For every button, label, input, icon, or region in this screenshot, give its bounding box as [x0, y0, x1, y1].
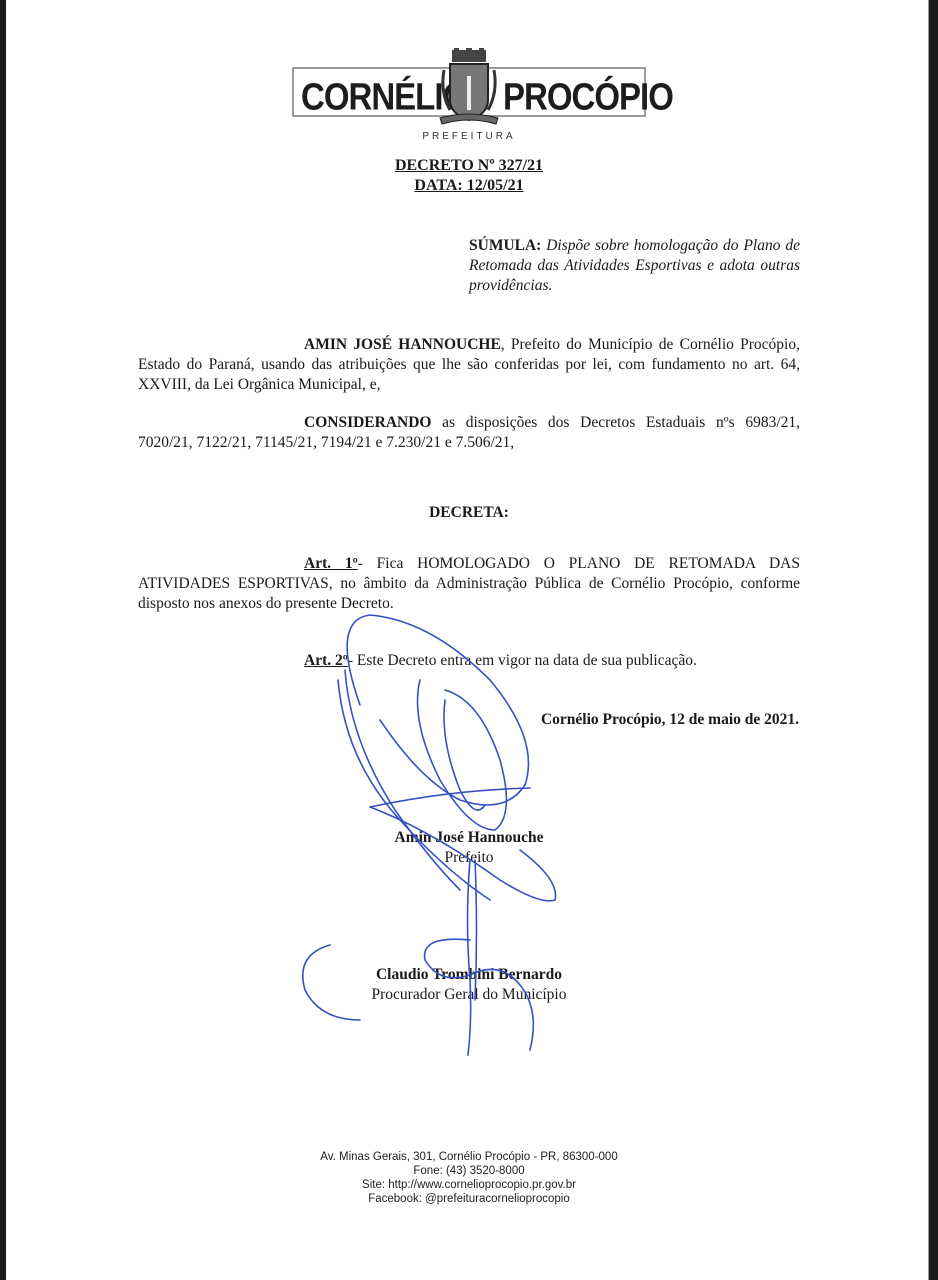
article-2: Art. 2º- Este Decreto entra em vigor na …: [304, 652, 697, 670]
considerando-paragraph: CONSIDERANDO as disposições dos Decretos…: [138, 413, 800, 453]
preamble-paragraph: AMIN JOSÉ HANNOUCHE, Prefeito do Municíp…: [138, 335, 800, 395]
signatory-1-role: Prefeito: [0, 849, 938, 867]
article-1-label: Art. 1º: [304, 555, 358, 572]
sumula-label: SÚMULA: [469, 237, 536, 254]
signatory-1-name: Amin José Hannouche: [0, 829, 938, 847]
mayor-name: AMIN JOSÉ HANNOUCHE: [304, 336, 501, 353]
footer-facebook: Facebook: @prefeituracornelioprocopio: [0, 1192, 938, 1206]
letterhead-subtitle: PREFEITURA: [0, 131, 938, 142]
signatory-2-name: Claudio Trombini Bernardo: [0, 966, 938, 984]
footer-site: Site: http://www.cornelioprocopio.pr.gov…: [0, 1178, 938, 1192]
considerando-label: CONSIDERANDO: [304, 414, 431, 431]
signatory-2-role: Procurador Geral do Município: [0, 986, 938, 1004]
coat-of-arms-icon: [438, 48, 500, 130]
article-1-text: - Fica HOMOLOGADO O PLANO DE RETOMADA DA…: [138, 555, 800, 612]
article-2-label: Art. 2º: [304, 652, 348, 669]
logo-city-right: PROCÓPIO: [503, 75, 673, 119]
article-2-text: - Este Decreto entra em vigor na data de…: [348, 652, 697, 669]
footer-phone: Fone: (43) 3520-8000: [0, 1164, 938, 1178]
sumula: SÚMULA: Dispõe sobre homologação do Plan…: [469, 236, 800, 296]
decree-date: DATA: 12/05/21: [0, 177, 938, 195]
footer-address: Av. Minas Gerais, 301, Cornélio Procópio…: [0, 1150, 938, 1164]
footer-contact: Av. Minas Gerais, 301, Cornélio Procópio…: [0, 1150, 938, 1206]
article-1: Art. 1º- Fica HOMOLOGADO O PLANO DE RETO…: [138, 554, 800, 614]
considerando-text: as disposições dos Decretos Estaduais nº…: [138, 414, 800, 451]
decreta-heading: DECRETA:: [0, 504, 938, 522]
decree-number: DECRETO Nº 327/21: [0, 157, 938, 175]
place-and-date: Cornélio Procópio, 12 de maio de 2021.: [541, 711, 799, 729]
